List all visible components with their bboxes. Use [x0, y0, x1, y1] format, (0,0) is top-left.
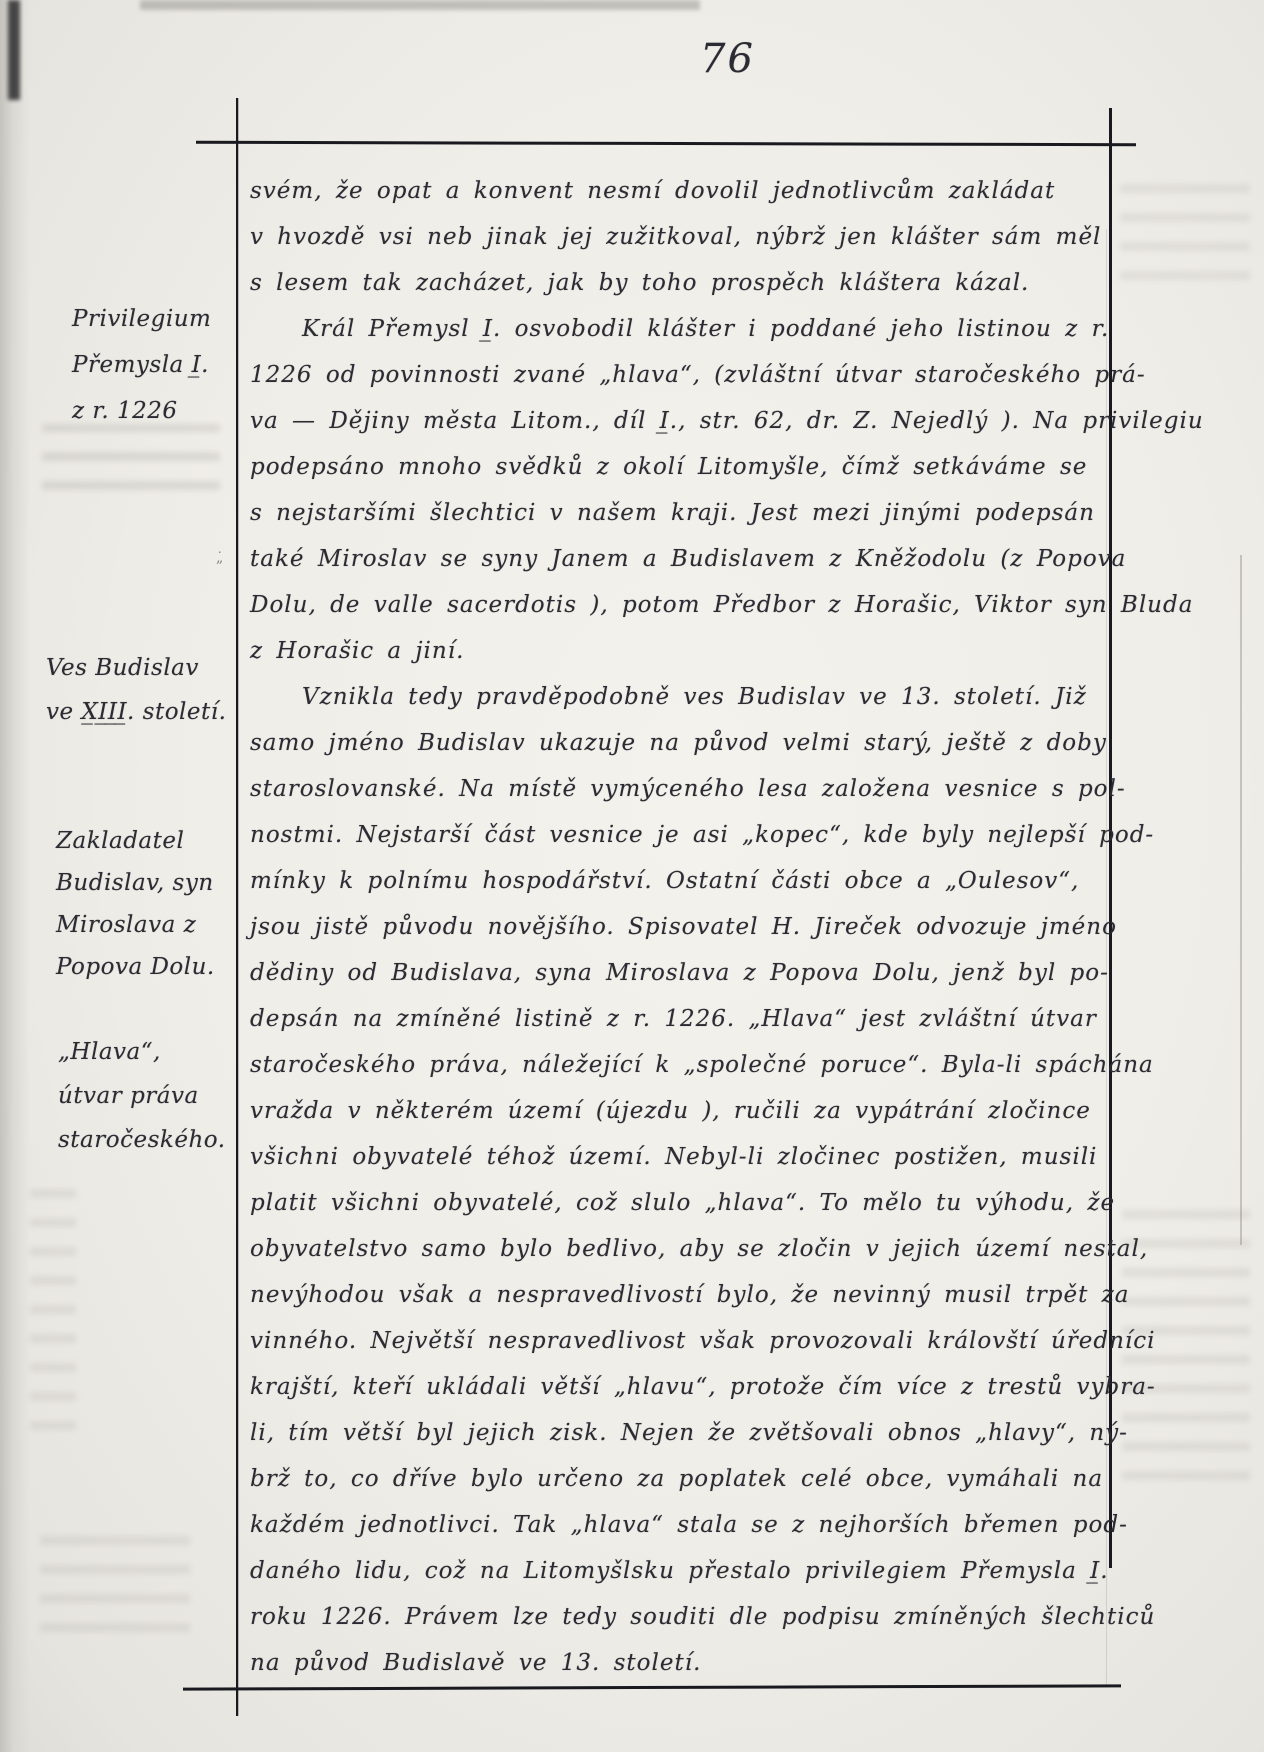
scan-top-artifact — [140, 0, 700, 10]
text-line: roku 1226. Právem lze tedy souditi dle p… — [250, 1594, 1110, 1640]
text-line: nostmi. Nejstarší část vesnice je asi „k… — [250, 812, 1110, 858]
margin-note-line: z r. 1226 — [72, 388, 211, 434]
text-line: z Horašic a jiní. — [250, 628, 1110, 674]
text-line: li, tím větší byl jejich zisk. Nejen že … — [250, 1410, 1110, 1456]
text-line: daného lidu, což na Litomyšlsku přestalo… — [250, 1548, 1110, 1594]
margin-note-line: Ves Budislav — [46, 646, 226, 690]
text-line: s lesem tak zacházet, jak by toho prospě… — [250, 260, 1110, 306]
text-line: každém jednotlivci. Tak „hlava“ stala se… — [250, 1502, 1110, 1548]
text-line: Vznikla tedy pravděpodobně ves Budislav … — [250, 674, 1110, 720]
text-line: staroslovanské. Na místě vymýceného lesa… — [250, 766, 1110, 812]
scanned-page: „̇ 76 Privilegium Přemysla I̲. z r. 1226… — [0, 0, 1264, 1752]
text-line: staročeského práva, náležející k „společ… — [250, 1042, 1110, 1088]
margin-note-ves-budislav: Ves Budislav ve X̲I̲I̲I̲. století. — [46, 646, 226, 734]
scan-edge-shadow — [0, 0, 30, 1752]
bleedthrough-artifact — [1120, 170, 1250, 300]
page-number: 76 — [700, 36, 755, 82]
text-line: v hvozdě vsi neb jinak jej zužitkoval, n… — [250, 214, 1110, 260]
paragraph: Král Přemysl I̲. osvobodil klášter i pod… — [250, 306, 1110, 674]
text-line: vražda v některém území (újezdu ), ručil… — [250, 1088, 1110, 1134]
top-rule-line — [196, 141, 1136, 146]
margin-note-line: staročeského. — [58, 1118, 226, 1162]
text-line: platit všichni obyvatelé, což slulo „hla… — [250, 1180, 1110, 1226]
scan-corner-artifact — [8, 0, 20, 100]
text-line: va — Dějiny města Litom., díl I̲., str. … — [250, 398, 1110, 444]
text-line: svém, že opat a konvent nesmí dovolil je… — [250, 168, 1110, 214]
bleedthrough-artifact — [30, 1170, 76, 1450]
body-text: svém, že opat a konvent nesmí dovolil je… — [250, 168, 1110, 1686]
bleedthrough-artifact — [40, 1532, 190, 1652]
text-line: vinného. Největší nespravedlivost však p… — [250, 1318, 1110, 1364]
margin-note-line: Budislav, syn — [56, 862, 215, 904]
margin-note-hlava: „Hlava“, útvar práva staročeského. — [58, 1030, 226, 1162]
text-line: s nejstaršími šlechtici v našem kraji. J… — [250, 490, 1110, 536]
margin-note-line: Privilegium — [72, 296, 211, 342]
text-line: nevýhodou však a nespravedlivostí bylo, … — [250, 1272, 1110, 1318]
text-line: krajští, kteří ukládali větší „hlavu“, p… — [250, 1364, 1110, 1410]
scan-right-edge-line — [1240, 555, 1242, 1245]
text-line: na původ Budislavě ve 13. století. — [250, 1640, 1110, 1686]
text-line: samo jméno Budislav ukazuje na původ vel… — [250, 720, 1110, 766]
margin-note-privilegium: Privilegium Přemysla I̲. z r. 1226 — [72, 296, 211, 434]
margin-note-line: Zakladatel — [56, 820, 215, 862]
margin-note-line: Popova Dolu. — [56, 946, 215, 988]
ink-speck: „̇ — [216, 550, 223, 566]
text-line: dědiny od Budislava, syna Miroslava z Po… — [250, 950, 1110, 996]
text-line: podepsáno mnoho svědků z okolí Litomyšle… — [250, 444, 1110, 490]
text-line: Král Přemysl I̲. osvobodil klášter i pod… — [250, 306, 1110, 352]
margin-note-zakladatel: Zakladatel Budislav, syn Miroslava z Pop… — [56, 820, 215, 988]
paragraph: svém, že opat a konvent nesmí dovolil je… — [250, 168, 1110, 306]
margin-note-line: Přemysla I̲. — [72, 342, 211, 388]
text-line: také Miroslav se syny Janem a Budislavem… — [250, 536, 1110, 582]
margin-note-line: útvar práva — [58, 1074, 226, 1118]
margin-note-line: „Hlava“, — [58, 1030, 226, 1074]
text-line: 1226 od povinnosti zvané „hlava“, (zvláš… — [250, 352, 1110, 398]
text-line: jsou jistě původu novějšího. Spisovatel … — [250, 904, 1110, 950]
margin-divider-line — [236, 98, 238, 1716]
text-line: mínky k polnímu hospodářství. Ostatní čá… — [250, 858, 1110, 904]
text-line: depsán na zmíněné listině z r. 1226. „Hl… — [250, 996, 1110, 1042]
margin-note-line: Miroslava z — [56, 904, 215, 946]
margin-note-line: ve X̲I̲I̲I̲. století. — [46, 690, 226, 734]
text-line: Dolu, de valle sacerdotis ), potom Předb… — [250, 582, 1110, 628]
text-line: obyvatelstvo samo bylo bedlivo, aby se z… — [250, 1226, 1110, 1272]
bleedthrough-artifact — [42, 424, 220, 510]
text-line: všichni obyvatelé téhož území. Nebyl-li … — [250, 1134, 1110, 1180]
text-line: brž to, co dříve bylo určeno za poplatek… — [250, 1456, 1110, 1502]
paragraph: Vznikla tedy pravděpodobně ves Budislav … — [250, 674, 1110, 1686]
